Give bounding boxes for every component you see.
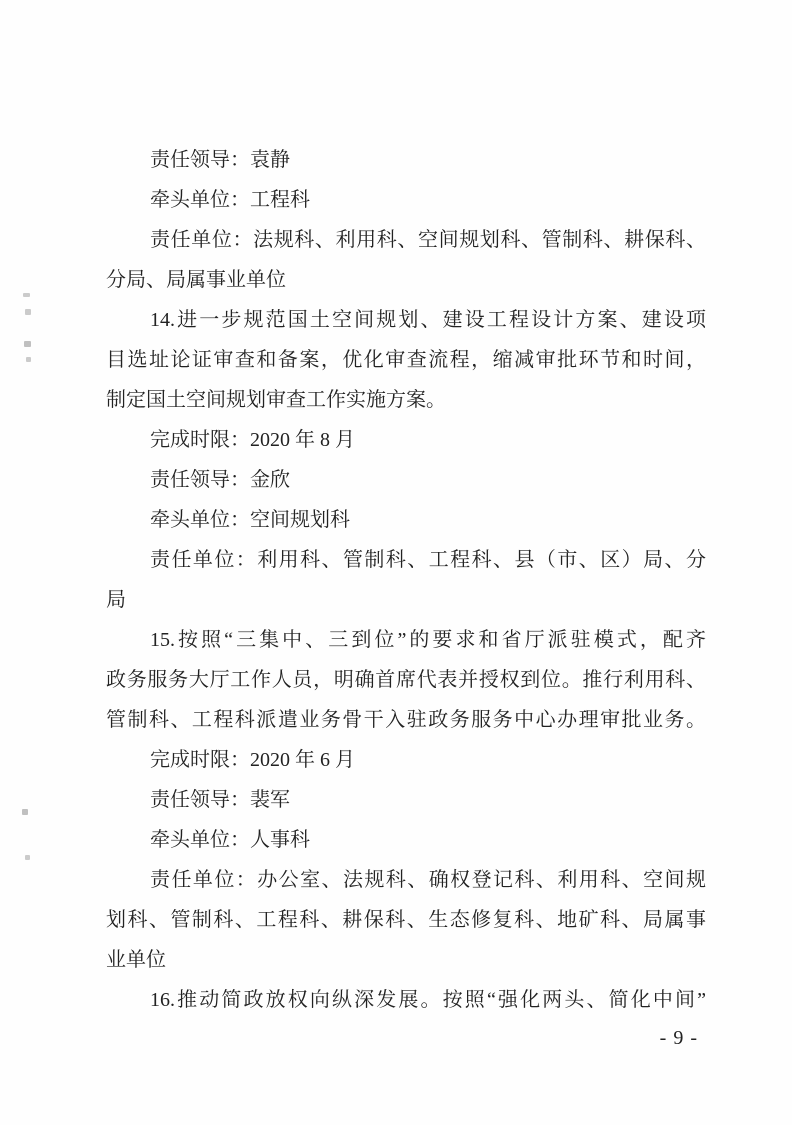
text-line: 责任单位：法规科、利用科、空间规划科、管制科、耕保科、 bbox=[106, 220, 706, 260]
text-line: 目选址论证审查和备案，优化审查流程，缩减审批环节和时间， bbox=[106, 340, 706, 380]
text-line: 完成时限：2020 年 6 月 bbox=[106, 740, 706, 780]
text-line: 牵头单位：人事科 bbox=[106, 820, 706, 860]
scan-artifact bbox=[25, 309, 31, 315]
text-line: 牵头单位：工程科 bbox=[106, 180, 706, 220]
text-line: 14.进一步规范国土空间规划、建设工程设计方案、建设项 bbox=[106, 300, 706, 340]
text-line: 划科、管制科、工程科、耕保科、生态修复科、地矿科、局属事 bbox=[106, 900, 706, 940]
text-line: 责任领导：裴军 bbox=[106, 780, 706, 820]
scan-artifact bbox=[22, 809, 28, 815]
text-line: 责任单位：办公室、法规科、确权登记科、利用科、空间规 bbox=[106, 860, 706, 900]
text-line: 牵头单位：空间规划科 bbox=[106, 500, 706, 540]
scan-artifact bbox=[26, 357, 31, 362]
text-line: 局 bbox=[106, 580, 706, 620]
text-line: 分局、局属事业单位 bbox=[106, 260, 706, 300]
text-line: 业单位 bbox=[106, 940, 706, 980]
text-line: 15.按照“三集中、三到位”的要求和省厅派驻模式，配齐 bbox=[106, 620, 706, 660]
scan-artifact bbox=[25, 855, 30, 860]
scan-artifact bbox=[23, 293, 30, 297]
text-line: 责任单位：利用科、管制科、工程科、县（市、区）局、分 bbox=[106, 540, 706, 580]
scan-artifact bbox=[24, 341, 31, 347]
text-line: 完成时限：2020 年 8 月 bbox=[106, 420, 706, 460]
text-line: 责任领导：袁静 bbox=[106, 140, 706, 180]
document-body: 责任领导：袁静牵头单位：工程科责任单位：法规科、利用科、空间规划科、管制科、耕保… bbox=[106, 140, 706, 1020]
text-line: 管制科、工程科派遣业务骨干入驻政务服务中心办理审批业务。 bbox=[106, 700, 706, 740]
text-line: 政务服务大厅工作人员，明确首席代表并授权到位。推行利用科、 bbox=[106, 660, 706, 700]
text-line: 16.推动简政放权向纵深发展。按照“强化两头、简化中间” bbox=[106, 980, 706, 1020]
text-line: 责任领导：金欣 bbox=[106, 460, 706, 500]
page-number: - 9 - bbox=[660, 1023, 698, 1053]
document-page: 责任领导：袁静牵头单位：工程科责任单位：法规科、利用科、空间规划科、管制科、耕保… bbox=[0, 0, 792, 1125]
text-line: 制定国土空间规划审查工作实施方案。 bbox=[106, 380, 706, 420]
